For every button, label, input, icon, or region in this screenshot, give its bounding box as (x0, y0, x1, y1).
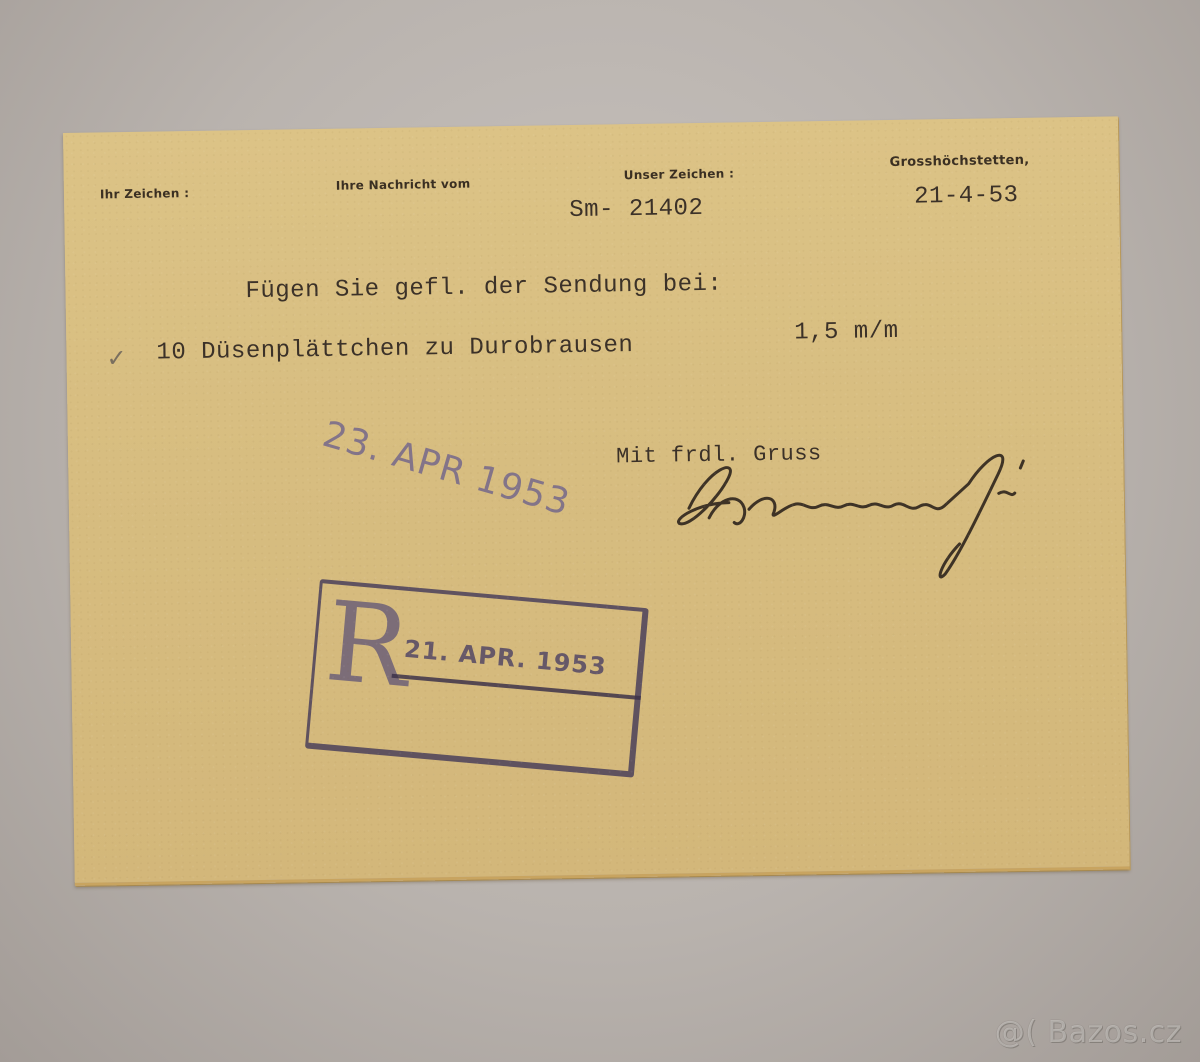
label-place: Grosshöchstetten, (889, 153, 1029, 170)
reference-number: Sm- 21402 (569, 195, 704, 224)
photo-scene: Ihr Zeichen : Ihre Nachricht vom Unser Z… (0, 0, 1200, 1062)
registered-r-mark: R (322, 586, 414, 703)
instruction-line: Fügen Sie gefl. der Sendung bei: (245, 271, 722, 305)
item-size: 1,5 m/m (794, 318, 899, 347)
index-card: Ihr Zeichen : Ihre Nachricht vom Unser Z… (63, 116, 1130, 885)
received-date-stamp: 23. APR 1953 (318, 414, 574, 524)
item-line: 10 Düsenplättchen zu Durobrausen (156, 332, 633, 366)
registered-mail-stamp: R 21. APR. 1953 (305, 579, 649, 778)
label-ihre-nachricht: Ihre Nachricht vom (336, 177, 471, 193)
typed-date: 21-4-53 (914, 182, 1019, 211)
handwritten-signature (668, 443, 1050, 589)
label-unser-zeichen: Unser Zeichen : (624, 166, 735, 182)
label-ihr-zeichen: Ihr Zeichen : (100, 186, 189, 201)
bazos-watermark: @( Bazos.cz (995, 1015, 1182, 1050)
pencil-check-icon: ✓ (106, 344, 127, 372)
